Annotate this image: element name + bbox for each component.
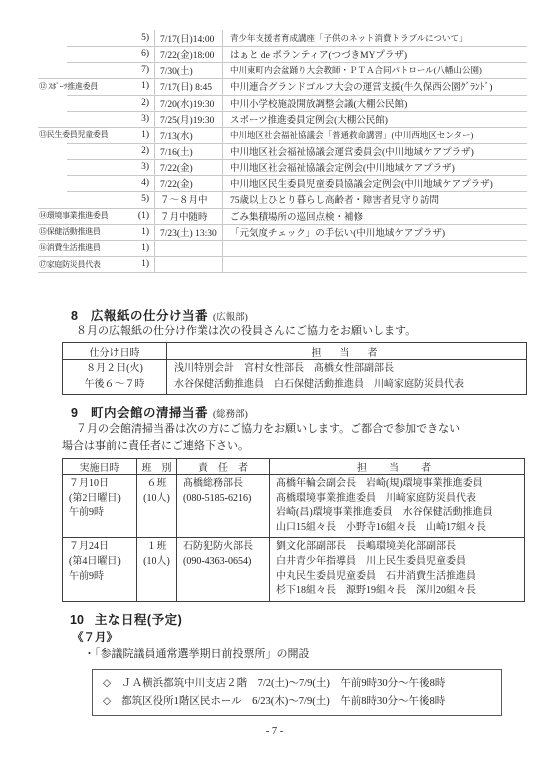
schedule-date (154, 240, 222, 256)
page-number: - 7 - (0, 726, 549, 737)
section-title: 主な日程(予定) (95, 610, 182, 628)
responsible-phone: (080-5185-6216) (183, 492, 269, 507)
section-number: 10 (70, 613, 84, 627)
schedule-row: ⑯消費生活推進員1) (38, 240, 527, 256)
duty-date-line: (第2日曜日) (69, 492, 136, 507)
schedule-date (154, 256, 222, 272)
item-number: 1) (141, 259, 149, 269)
committee-label: ⑯消費生活推進員 (39, 242, 101, 253)
schedule-desc: 中川連合グランドゴルフ大会の運営支援(牛久保西公園ｸﾞﾗﾝﾄﾞ) (222, 78, 527, 94)
duty-time: 午後６～７時 (63, 377, 166, 393)
intro-line: 場合は事前に責任者にご連絡下さい。 (62, 438, 522, 455)
schedule-row: ⑫ ｽﾎﾟｰﾂ推進委員1) 7/17(日) 8:45 中川連合グランドゴルフ大会… (38, 78, 527, 94)
table-data-row: ７月24日 (第4日曜日) 午前9時 １班 (10人) 石防犯防火部長 (090… (63, 537, 524, 600)
schedule-row: 5) ７～８月中 75歳以上ひとり暮らし高齢者・障害者見守り訪問 (38, 191, 527, 207)
schedule-date: 7/22(金) (154, 175, 222, 191)
duty-people-line: 山口15組々長 小野寺16組々長 山崎17組々長 (276, 521, 524, 536)
duty-people-line: 浅川特別会計 宮村女性部長 髙橋女性部副部長 (174, 361, 526, 377)
duty-people-line: 髙橋環境事業推進委員 川﨑家庭防災員代表 (276, 492, 524, 507)
schedule-row: ⑮保健活動推進員1) 7/23(土) 13:30 「元気度チェック」の手伝い(中… (38, 224, 527, 240)
schedule-row: 3) 7/25(月)19:30 スポーツ推進委員定例会(大棚公民館) (38, 111, 527, 127)
table-header-row: 仕分け日時 担 当 者 (63, 343, 526, 360)
schedule-date: 7/16(土) (154, 143, 222, 159)
schedule-desc: 中川地区民生委員児童委員協議会定例会(中川地域ケアプラザ) (222, 175, 527, 191)
schedule-row: ⑰家庭防災員代表1) (38, 256, 527, 272)
section-number: 9 (71, 406, 78, 420)
schedule-desc: ごみ集積場所の巡回点検・補修 (222, 208, 527, 224)
section-title: 広報紙の仕分け当番 (91, 306, 208, 324)
committee-label: ⑭環境事業推進委員 (39, 210, 108, 221)
schedule-desc: 中川小学校施設開放調整会議(大棚公民館) (222, 95, 527, 111)
item-number: 5) (141, 194, 149, 204)
committee-label: ⑰家庭防災員代表 (39, 259, 101, 270)
voting-location-row: ◇ ＪＡ横浜都筑中川支店２階 7/2(土)～7/9(土) 午前9時30分～午後8… (103, 675, 501, 693)
item-number: (1) (138, 211, 149, 221)
duty-people-line: 髙橋年輪会副会長 岩崎(規)環境事業推進委員 (276, 477, 524, 492)
schedule-date: 7/25(月)19:30 (154, 111, 222, 127)
item-number: 3) (141, 114, 149, 124)
duty-people-line: 中丸民生委員児童委員 石井消費生活推進員 (276, 570, 524, 585)
diamond-icon: ◇ (103, 693, 111, 711)
item-number: 1) (141, 81, 149, 91)
section8-heading: 8広報紙の仕分け当番(広報部) (71, 306, 248, 324)
group-size: (10人) (137, 555, 176, 570)
schedule-date: 7/13(水) (154, 127, 222, 143)
schedule-date: 7/22(金)18:00 (154, 46, 222, 62)
col-header-group: 班 別 (136, 459, 176, 474)
voting-location-row: ◇ 都筑区役所1階区民ホール 6/23(木)～7/9(土) 午前8時30分～午後… (103, 693, 501, 711)
voting-location-text: ＪＡ横浜都筑中川支店２階 7/2(土)～7/9(土) 午前9時30分～午後8時 (121, 675, 445, 693)
schedule-item: ・「参議院議員通常選挙期日前投票所」の開設 (84, 645, 310, 661)
section10-heading: 10主な日程(予定) (70, 610, 182, 628)
table-data-row: ８月２日(火) 午後６～７時 浅川特別会計 宮村女性部長 髙橋女性部副部長 水谷… (63, 360, 526, 394)
duty-people-line: 劉文化部副部長 長嶋環境美化部副部長 (276, 540, 524, 555)
schedule-desc: スポーツ推進委員定例会(大棚公民館) (222, 111, 527, 127)
sorting-duty-table: 仕分け日時 担 当 者 ８月２日(火) 午後６～７時 浅川特別会計 宮村女性部長… (62, 342, 527, 395)
group-name: ６班 (137, 477, 176, 492)
item-number: 6) (141, 49, 149, 59)
month-label: 《７月》 (72, 629, 118, 645)
section-title: 町内会館の清掃当番 (91, 403, 208, 421)
responsible-phone: (090-4363-0654) (183, 555, 269, 570)
duty-date-line: 午前9時 (69, 506, 136, 521)
item-number: 4) (141, 178, 149, 188)
committee-schedule-table: 5) 7/17(日)14:00 青少年支援者育成講座「子供のネット消費トラブルに… (38, 30, 527, 273)
col-header-date: 実施日時 (63, 459, 136, 474)
schedule-date: 7/20(水)19:30 (154, 95, 222, 111)
item-number: 1) (141, 130, 149, 140)
col-header-people: 担 当 者 (166, 343, 526, 359)
schedule-desc: 「元気度チェック」の手伝い(中川地域ケアプラザ) (222, 224, 527, 240)
voting-location-text: 都筑区役所1階区民ホール 6/23(木)～7/9(土) 午前8時30分～午後8時 (121, 693, 445, 711)
schedule-date: 7/22(金) (154, 159, 222, 175)
item-number: 1) (141, 227, 149, 237)
schedule-desc: はぁと de ボランティア(つづきMYプラザ) (222, 46, 527, 62)
intro-line: ７月の会館清掃当番は次の方にご協力をお願いします。ご都合で参加できない (62, 421, 522, 438)
duty-date-line: 午前9時 (69, 570, 136, 585)
schedule-desc: 青少年支援者育成講座「子供のネット消費トラブルについて」 (222, 30, 527, 46)
col-header-datetime: 仕分け日時 (63, 344, 166, 359)
duty-date: ８月２日(火) (63, 361, 166, 377)
section9-intro: ７月の会館清掃当番は次の方にご協力をお願いします。ご都合で参加できない場合は事前… (62, 421, 522, 455)
section8-intro: ８月の広報紙の仕分け作業は次の役員さんにご協力をお願いします。 (62, 323, 522, 340)
group-size: (10人) (137, 492, 176, 507)
schedule-date: 7/23(土) 13:30 (154, 224, 222, 240)
table-header-row: 実施日時 班 別 責 任 者 担 当 者 (63, 459, 524, 475)
schedule-row: 4) 7/22(金) 中川地区民生委員児童委員協議会定例会(中川地域ケアプラザ) (38, 175, 527, 191)
voting-locations-box: ◇ ＪＡ横浜都筑中川支店２階 7/2(土)～7/9(土) 午前9時30分～午後8… (92, 669, 502, 716)
duty-people-line: 水谷保健活動推進員 白石保健活動推進員 川﨑家庭防災員代表 (174, 377, 526, 393)
col-header-people: 担 当 者 (269, 459, 524, 474)
schedule-row: 7) 7/30(土) 中川東町内会盆踊り大会教師・ＰＴＡ合同パトロール(八幡山公… (38, 62, 527, 78)
schedule-row: 2) 7/20(水)19:30 中川小学校施設開放調整会議(大棚公民館) (38, 95, 527, 111)
item-number: 2) (141, 98, 149, 108)
schedule-desc (222, 256, 527, 272)
schedule-row: ⑭環境事業推進委員(1) ７月中随時 ごみ集積場所の巡回点検・補修 (38, 208, 527, 224)
schedule-date: 7/17(日)14:00 (154, 30, 222, 46)
schedule-desc: 中川地区社会福祉協議会「普通救命講習」(中川西地区センター) (222, 127, 527, 143)
section9-heading: 9町内会館の清掃当番(総務部) (71, 403, 248, 421)
duty-people-line: 岩崎(昌)環境事業推進委員 水谷保健活動推進員 (276, 506, 524, 521)
duty-date-line: (第4日曜日) (69, 555, 136, 570)
diamond-icon: ◇ (103, 675, 111, 693)
committee-label: ⑮保健活動推進員 (39, 226, 101, 237)
schedule-desc (222, 240, 527, 256)
section-dept: (総務部) (213, 410, 248, 420)
document-page: 5) 7/17(日)14:00 青少年支援者育成講座「子供のネット消費トラブルに… (0, 0, 549, 776)
table-data-row: ７月10日 (第2日曜日) 午前9時 ６班 (10人) 髙橋総務部長 (080-… (63, 475, 524, 537)
schedule-date: ７月中随時 (154, 208, 222, 224)
col-header-responsible: 責 任 者 (176, 459, 269, 474)
responsible-name: 髙橋総務部長 (183, 477, 269, 492)
schedule-desc: 中川地区社会福祉協議会定例会(中川地域ケアプラザ) (222, 159, 527, 175)
cleaning-duty-table: 実施日時 班 別 責 任 者 担 当 者 ７月10日 (第2日曜日) 午前9時 … (62, 458, 525, 602)
item-number: 7) (141, 65, 149, 75)
committee-label: ⑬民生委員児童委員 (39, 129, 108, 140)
responsible-name: 石防犯防火部長 (183, 540, 269, 555)
duty-date-line: ７月10日 (69, 477, 136, 492)
group-name: １班 (137, 540, 176, 555)
item-number: 3) (141, 162, 149, 172)
schedule-date: 7/17(日) 8:45 (154, 78, 222, 94)
schedule-date: 7/30(土) (154, 62, 222, 78)
item-number: 5) (141, 33, 149, 43)
schedule-row: 3) 7/22(金) 中川地区社会福祉協議会定例会(中川地域ケアプラザ) (38, 159, 527, 175)
section-dept: (広報部) (213, 313, 248, 323)
schedule-date: ７～８月中 (154, 191, 222, 207)
duty-date-line: ７月24日 (69, 540, 136, 555)
schedule-row: 6) 7/22(金)18:00 はぁと de ボランティア(つづきMYプラザ) (38, 46, 527, 62)
schedule-desc: 75歳以上ひとり暮らし高齢者・障害者見守り訪問 (222, 191, 527, 207)
schedule-desc: 中川地区社会福祉協議会運営委員会(中川地域ケアプラザ) (222, 143, 527, 159)
schedule-row: ⑬民生委員児童委員1) 7/13(水) 中川地区社会福祉協議会「普通救命講習」(… (38, 127, 527, 143)
item-number: 2) (141, 146, 149, 156)
item-number: 1) (141, 243, 149, 253)
schedule-desc: 中川東町内会盆踊り大会教師・ＰＴＡ合同パトロール(八幡山公園) (222, 62, 527, 78)
section-number: 8 (71, 309, 78, 323)
committee-label: ⑫ ｽﾎﾟｰﾂ推進委員 (39, 81, 98, 92)
schedule-row: 5) 7/17(日)14:00 青少年支援者育成講座「子供のネット消費トラブルに… (38, 30, 527, 46)
duty-people-line: 杉下18組々長 源野19組々長 深川20組々長 (276, 584, 524, 599)
duty-people-line: 白井青少年指導員 川上民生委員児童委員 (276, 555, 524, 570)
schedule-row: 2) 7/16(土) 中川地区社会福祉協議会運営委員会(中川地域ケアプラザ) (38, 143, 527, 159)
